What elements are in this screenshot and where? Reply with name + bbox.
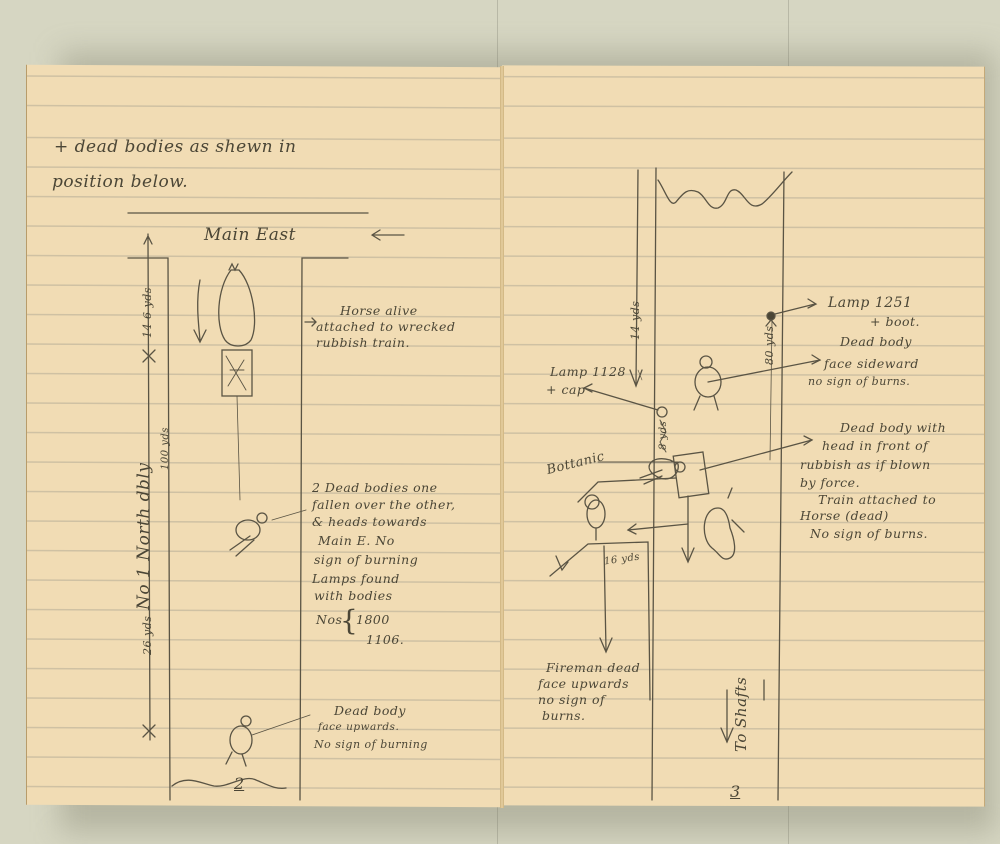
intro-line-2: position below. — [52, 175, 188, 190]
label-to-shafts: To Shafts — [734, 677, 749, 752]
lamp-numbers-label: Nos — [316, 612, 342, 627]
dimension-mid-label: 100 yds — [158, 427, 173, 470]
lamp-number: 1106. — [366, 632, 404, 647]
heading-main-east: Main East — [204, 228, 296, 243]
notebook-spine — [500, 66, 504, 808]
page-number-left: 2 — [234, 774, 244, 793]
dimension-top-label: 14 6 yds — [140, 287, 155, 338]
road-label: No 1 North dbly — [137, 463, 152, 610]
lamp-number: 1800 — [356, 612, 390, 627]
page-number-right: 3 — [730, 782, 740, 801]
dimension-small-label: 8 yds — [656, 421, 671, 450]
dimension-bottom-label: 26 yds — [140, 616, 155, 655]
dimension-left-label: 14 yds — [628, 301, 643, 340]
dimension-right-label: 80 yds — [762, 326, 777, 365]
intro-line-1: + dead bodies as shewn in — [54, 140, 296, 155]
